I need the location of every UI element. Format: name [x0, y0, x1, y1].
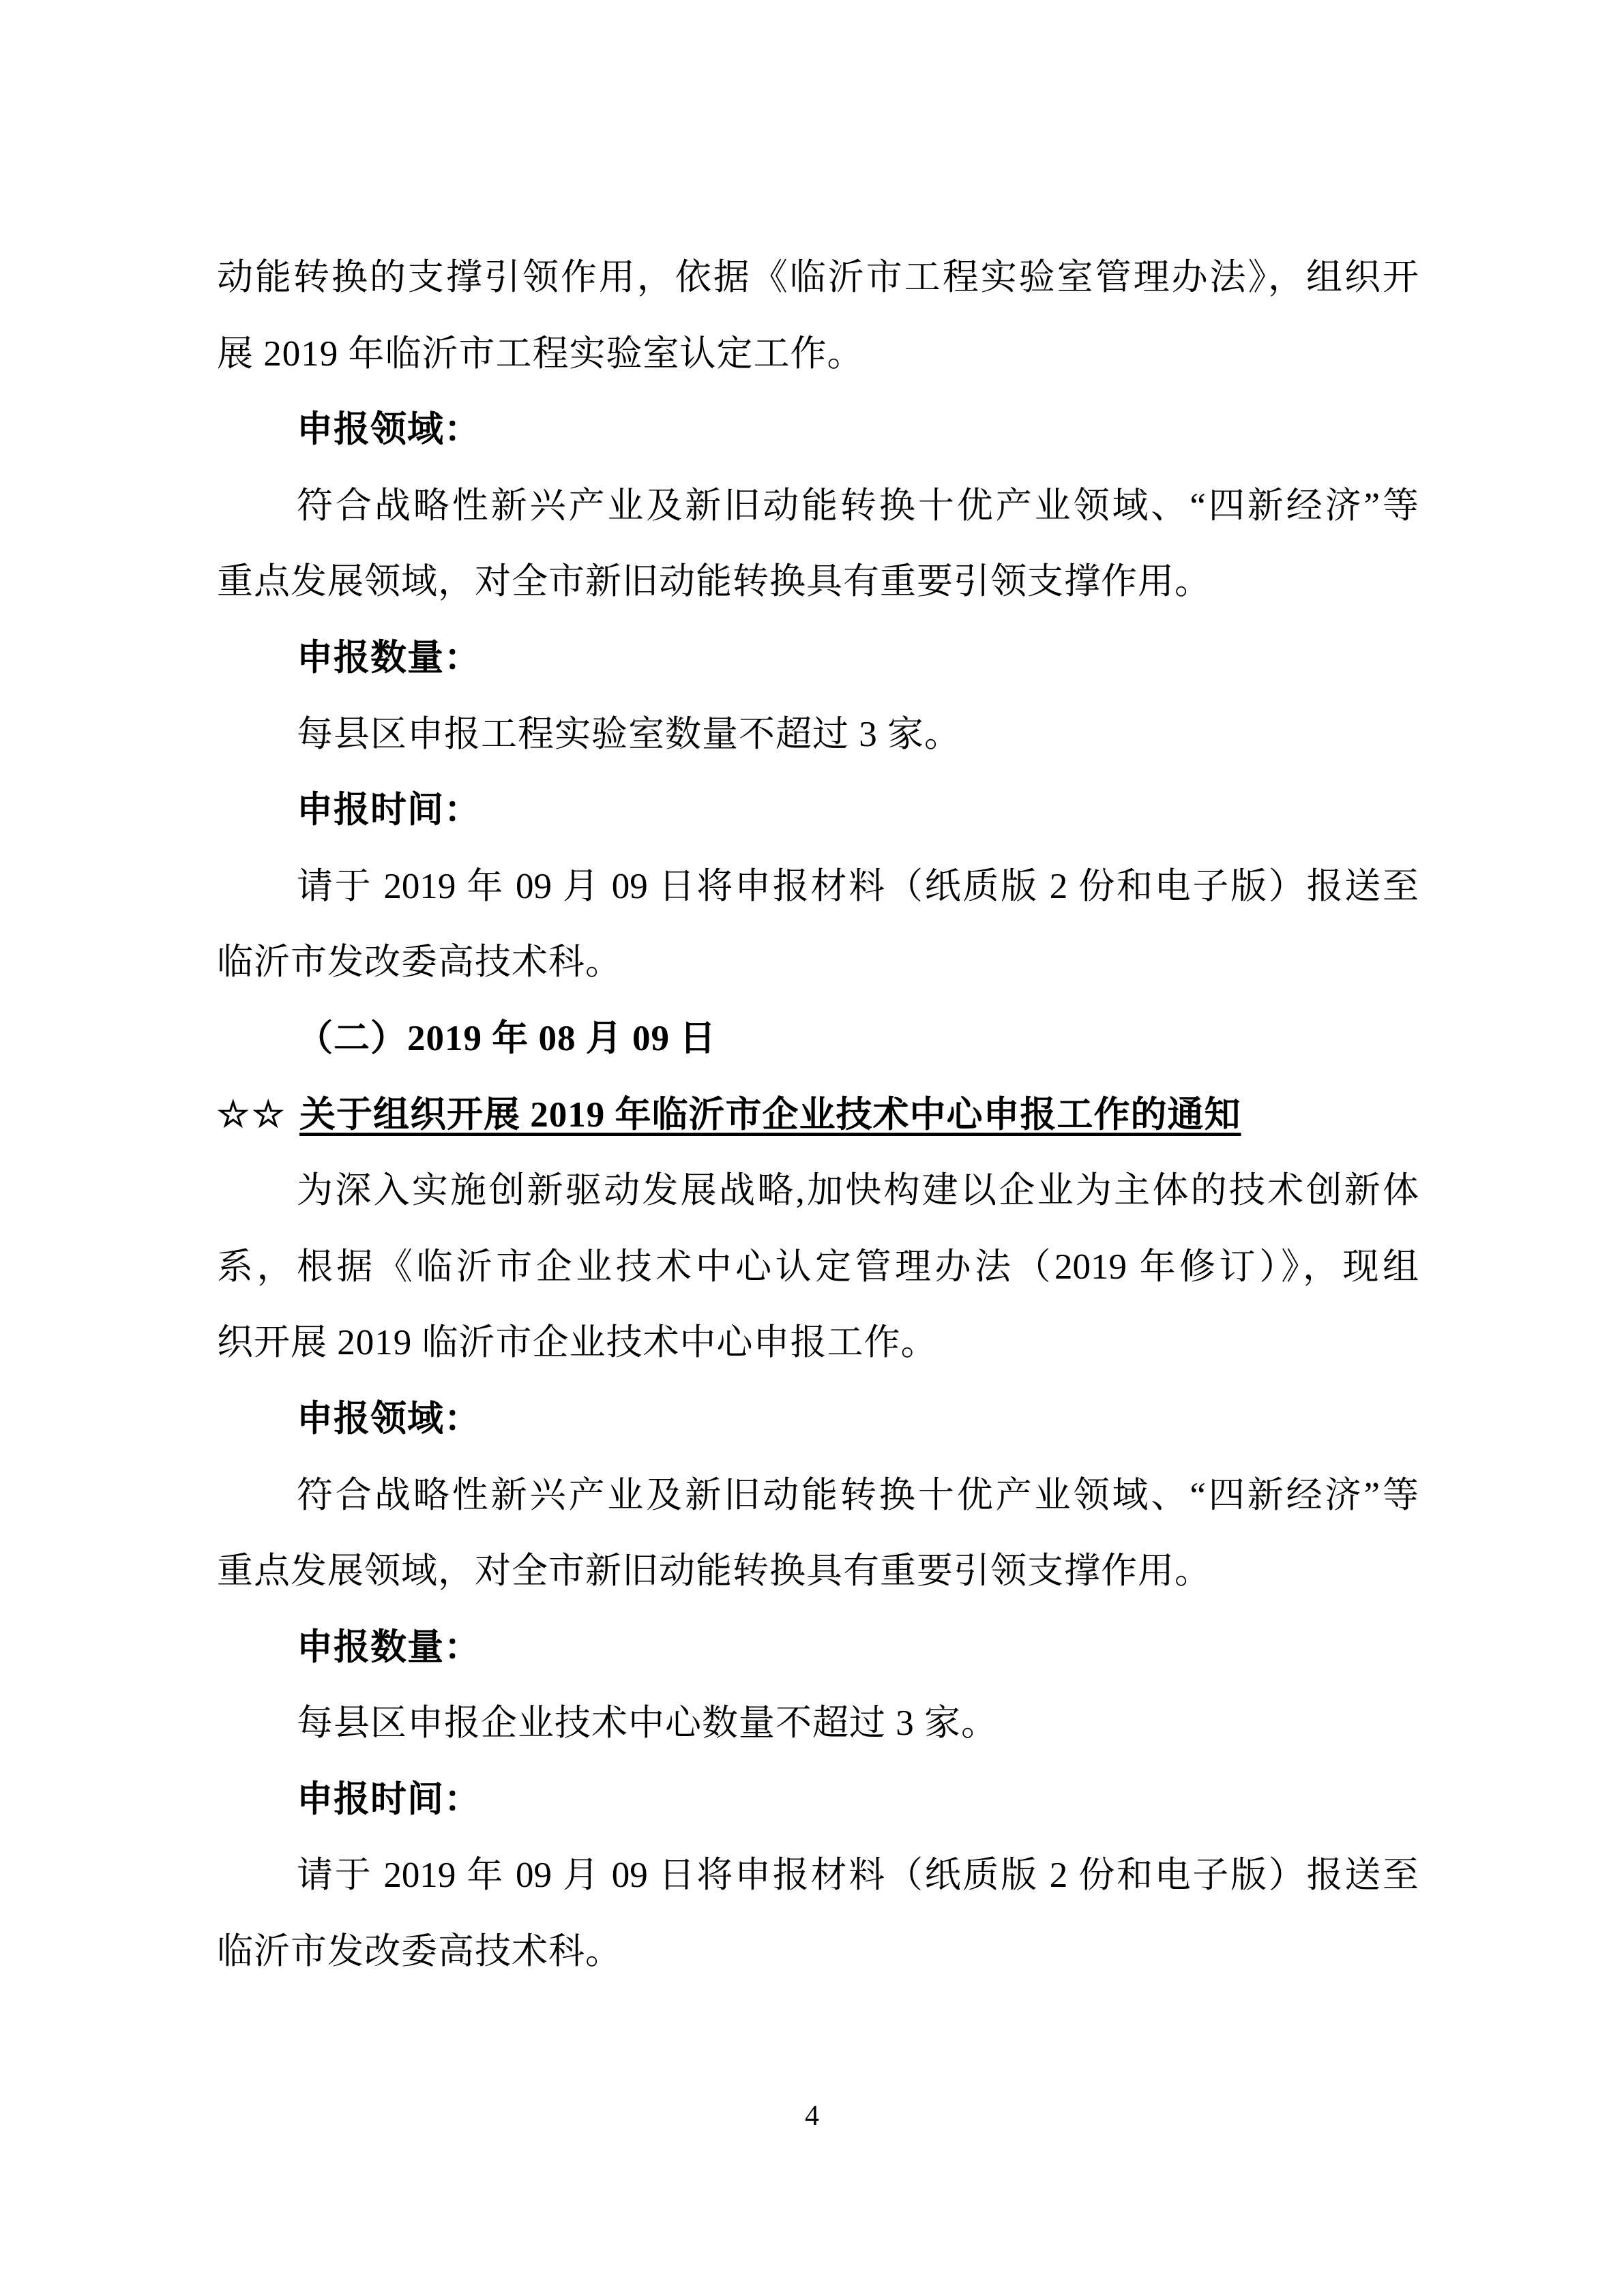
text-line: 请于 2019 年 09 月 09 日将申报材料（纸质版 2 份和电子版）报送至 — [217, 1838, 1419, 1914]
double-star-icon: ☆☆ — [217, 1095, 299, 1135]
text-line: 展 2019 年临沂市工程实验室认定工作。 — [217, 316, 1419, 393]
page-number: 4 — [0, 2099, 1624, 2133]
text-line: 系，根据《临沂市企业技术中心认定管理办法（2019 年修订）》，现组 — [217, 1229, 1419, 1306]
text-line: 织开展 2019 临沂市企业技术中心申报工作。 — [217, 1305, 1419, 1382]
text-line: 符合战略性新兴产业及新旧动能转换十优产业领域、“四新经济”等 — [217, 468, 1419, 545]
text-line: 临沂市发改委高技术科。 — [217, 1914, 1419, 1991]
document-page: 动能转换的支撑引领作用，依据《临沂市工程实验室管理办法》，组织开 展 2019 … — [0, 0, 1624, 2296]
date-heading: （二）2019 年 08 月 09 日 — [217, 1001, 1419, 1077]
section-label: 申报时间： — [217, 773, 1419, 849]
text-line: 为深入实施创新驱动发展战略,加快构建以企业为主体的技术创新体 — [217, 1153, 1419, 1229]
document-body: 动能转换的支撑引领作用，依据《临沂市工程实验室管理办法》，组织开 展 2019 … — [217, 240, 1419, 1991]
text-line: 每县区申报企业技术中心数量不超过 3 家。 — [217, 1686, 1419, 1762]
notice-title: 关于组织开展 2019 年临沂市企业技术中心申报工作的通知 — [299, 1095, 1241, 1135]
text-line: 每县区申报工程实验室数量不超过 3 家。 — [217, 697, 1419, 773]
section-label: 申报领域： — [217, 392, 1419, 468]
text-line: 重点发展领域，对全市新旧动能转换具有重要引领支撑作用。 — [217, 1534, 1419, 1610]
section-label: 申报数量： — [217, 621, 1419, 697]
section-label: 申报领域： — [217, 1382, 1419, 1458]
text-line: 请于 2019 年 09 月 09 日将申报材料（纸质版 2 份和电子版）报送至 — [217, 849, 1419, 925]
section-label: 申报时间： — [217, 1762, 1419, 1838]
text-line: 重点发展领域，对全市新旧动能转换具有重要引领支撑作用。 — [217, 544, 1419, 621]
text-line: 动能转换的支撑引领作用，依据《临沂市工程实验室管理办法》，组织开 — [217, 240, 1419, 316]
notice-heading: ☆☆关于组织开展 2019 年临沂市企业技术中心申报工作的通知 — [217, 1077, 1419, 1154]
section-label: 申报数量： — [217, 1610, 1419, 1686]
text-line: 符合战略性新兴产业及新旧动能转换十优产业领域、“四新经济”等 — [217, 1458, 1419, 1534]
text-line: 临沂市发改委高技术科。 — [217, 925, 1419, 1001]
